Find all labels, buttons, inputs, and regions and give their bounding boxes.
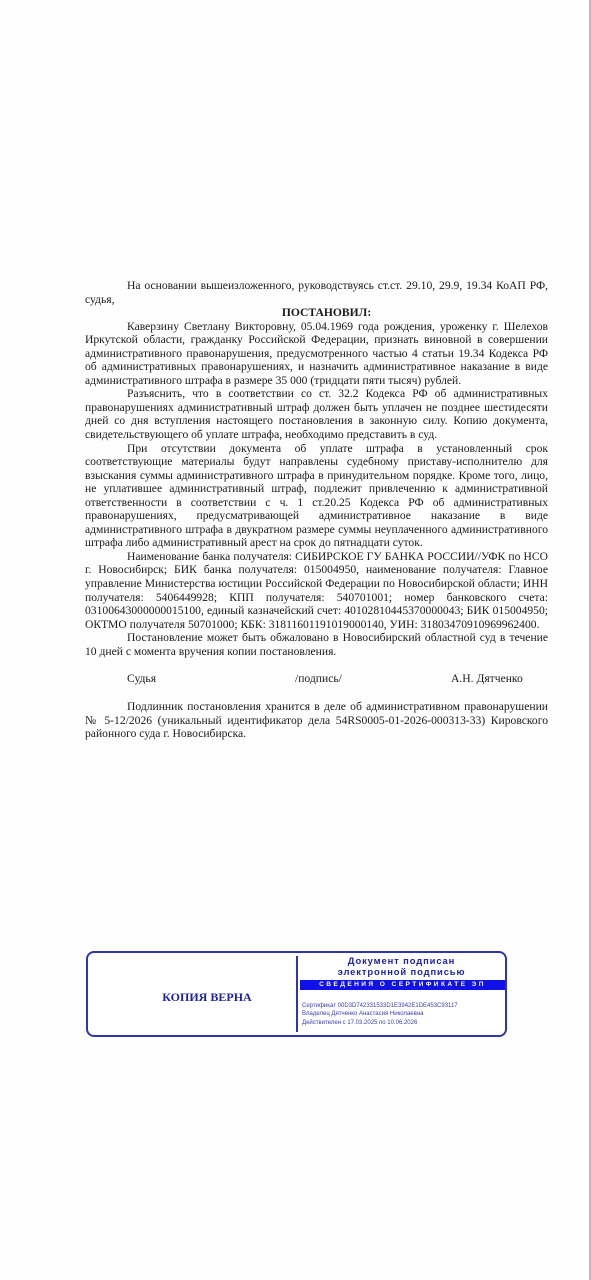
certificate-details: Сертификат 00D3D742331533D1E3942E1DE453C… bbox=[300, 1002, 503, 1027]
intro-paragraph: На основании вышеизложенного, руководств… bbox=[85, 279, 548, 306]
copy-certified-section: КОПИЯ ВЕРНА bbox=[88, 953, 296, 1035]
ruling-title: ПОСТАНОВИЛ: bbox=[85, 306, 548, 320]
paragraph-payment-terms: Разъяснить, что в соответствии со ст. 32… bbox=[85, 387, 548, 441]
paragraph-verdict: Каверзину Светлану Викторовну, 05.04.196… bbox=[85, 320, 548, 388]
signature-info-section: Документ подписан электронной подписью С… bbox=[300, 953, 503, 1035]
paragraph-bank-details: Наименование банка получателя: СИБИРСКОЕ… bbox=[85, 550, 548, 631]
paragraph-appeal: Постановление может быть обжаловано в Но… bbox=[85, 631, 548, 658]
certificate-owner: Владелец Дятченко Анастасия Николаевна bbox=[302, 1010, 503, 1018]
copy-certified-label: КОПИЯ ВЕРНА bbox=[132, 984, 251, 1005]
certificate-info-bar: СВЕДЕНИЯ О СЕРТИФИКАТЕ ЭП bbox=[300, 980, 505, 990]
certificate-validity: Действителен с 17.03.2025 по 10.06.2026 bbox=[302, 1019, 503, 1027]
electronic-signature-stamp: КОПИЯ ВЕРНА Документ подписан электронно… bbox=[86, 951, 507, 1037]
footnote-original-storage: Подлинник постановления хранится в деле … bbox=[85, 700, 548, 741]
stamp-divider bbox=[296, 956, 298, 1032]
stamp-title-line-2: электронной подписью bbox=[300, 966, 503, 977]
stamp-title-line-1: Документ подписан bbox=[300, 955, 503, 966]
signature-row: Судья /подпись/ А.Н. Дятченко bbox=[85, 672, 548, 686]
signature-name: А.Н. Дятченко bbox=[451, 672, 523, 686]
stamp-title: Документ подписан электронной подписью bbox=[300, 955, 503, 977]
court-ruling-document: На основании вышеизложенного, руководств… bbox=[85, 279, 548, 741]
certificate-number: Сертификат 00D3D742331533D1E3942E1DE453C… bbox=[302, 1002, 503, 1010]
signature-mark: /подпись/ bbox=[295, 672, 342, 686]
paragraph-non-payment: При отсутствии документа об уплате штраф… bbox=[85, 442, 548, 550]
signature-role: Судья bbox=[127, 672, 156, 686]
